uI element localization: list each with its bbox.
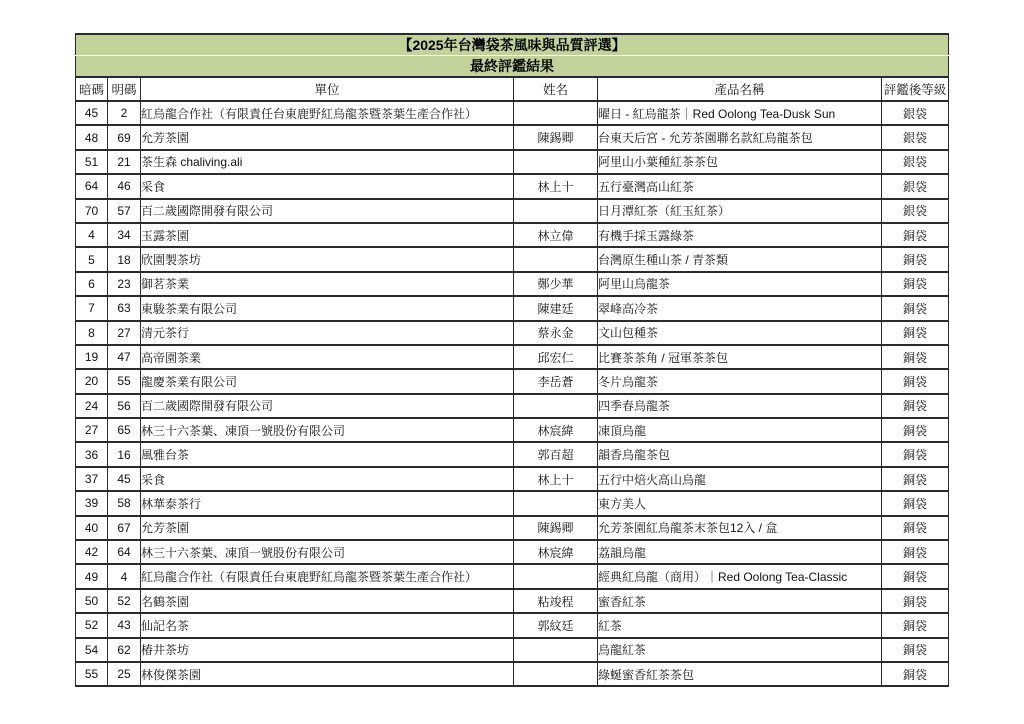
col-header-visible-code: 明碼 [108,77,141,101]
cell-grade: 銅袋 [882,662,949,686]
cell-visible-code: 34 [108,223,141,247]
cell-visible-code: 16 [108,442,141,466]
cell-hidden-code: 7 [76,296,108,320]
cell-grade: 銅袋 [882,613,949,637]
cell-grade: 銀袋 [882,199,949,223]
cell-name [514,199,598,223]
col-header-unit: 單位 [141,77,514,101]
cell-grade: 銀袋 [882,174,949,198]
cell-product: 日月潭紅茶（紅玉紅茶） [598,199,882,223]
cell-name: 陳建廷 [514,296,598,320]
cell-grade: 銅袋 [882,467,949,491]
cell-visible-code: 18 [108,247,141,271]
table-row: 5462椿井茶坊烏龍紅茶銅袋 [76,638,949,662]
cell-grade: 銀袋 [882,125,949,149]
cell-unit: 采食 [141,174,514,198]
cell-product: 蜜香紅茶 [598,589,882,613]
cell-visible-code: 46 [108,174,141,198]
cell-unit: 林三十六茶葉、凍頂一號股份有限公司 [141,418,514,442]
cell-grade: 銀袋 [882,101,949,125]
cell-visible-code: 43 [108,613,141,637]
cell-visible-code: 21 [108,150,141,174]
cell-product: 文山包種茶 [598,321,882,345]
table-body: 452紅烏龍合作社（有限責任台東鹿野紅烏龍茶暨茶葉生產合作社）曜日 - 紅烏龍茶… [76,101,949,686]
cell-visible-code: 52 [108,589,141,613]
cell-grade: 銅袋 [882,491,949,515]
cell-grade: 銅袋 [882,516,949,540]
cell-grade: 銅袋 [882,394,949,418]
col-header-name: 姓名 [514,77,598,101]
table-row: 6446采食林上十五行臺灣高山紅茶銀袋 [76,174,949,198]
table-row: 3616風雅台茶郭百超韻香烏龍茶包銅袋 [76,442,949,466]
cell-grade: 銅袋 [882,345,949,369]
table-row: 827清元茶行蔡永金文山包種茶銅袋 [76,321,949,345]
table-row: 518欣園製茶坊台灣原生種山茶 / 青茶類銅袋 [76,247,949,271]
cell-product: 綠蜒蜜香紅茶茶包 [598,662,882,686]
cell-unit: 玉露茶園 [141,223,514,247]
cell-grade: 銀袋 [882,150,949,174]
cell-hidden-code: 50 [76,589,108,613]
cell-grade: 銅袋 [882,247,949,271]
cell-unit: 采食 [141,467,514,491]
table-row: 4067允芳茶園陳錫卿允芳茶園紅烏龍茶末茶包12入 / 盒銅袋 [76,516,949,540]
cell-product: 阿里山小葉種紅茶茶包 [598,150,882,174]
cell-name [514,662,598,686]
cell-name: 林上十 [514,467,598,491]
cell-product: 台東天后宮 - 允芳茶園聯名款紅烏龍茶包 [598,125,882,149]
table-row: 4264林三十六茶葉、凍頂一號股份有限公司林宸緯荔韻烏龍銅袋 [76,540,949,564]
cell-unit: 百二歲國際開發有限公司 [141,199,514,223]
table-row: 452紅烏龍合作社（有限責任台東鹿野紅烏龍茶暨茶葉生產合作社）曜日 - 紅烏龍茶… [76,101,949,125]
col-header-hidden-code: 暗碼 [76,77,108,101]
cell-unit: 龍慶茶業有限公司 [141,369,514,393]
table-row: 3958林華泰茶行東方美人銅袋 [76,491,949,515]
cell-grade: 銅袋 [882,369,949,393]
table-head: 【2025年台灣袋茶風味與品質評選】 最終評鑑結果 暗碼 明碼 單位 姓名 產品… [76,34,949,101]
cell-hidden-code: 70 [76,199,108,223]
cell-grade: 銅袋 [882,418,949,442]
cell-visible-code: 57 [108,199,141,223]
cell-product: 翠峰高冷茶 [598,296,882,320]
cell-unit: 紅烏龍合作社（有限責任台東鹿野紅烏龍茶暨茶葉生產合作社） [141,564,514,588]
cell-name: 林宸緯 [514,540,598,564]
cell-product: 台灣原生種山茶 / 青茶類 [598,247,882,271]
title-row: 【2025年台灣袋茶風味與品質評選】 [76,34,949,56]
table-row: 3745采食林上十五行中焙火高山烏龍銅袋 [76,467,949,491]
cell-visible-code: 47 [108,345,141,369]
table-row: 5121茶生森 chaliving.ali阿里山小葉種紅茶茶包銀袋 [76,150,949,174]
col-header-product: 產品名稱 [598,77,882,101]
table-row: 2055龍慶茶業有限公司李岳蒼冬片烏龍茶銅袋 [76,369,949,393]
cell-visible-code: 23 [108,272,141,296]
cell-product: 有機手採玉露綠茶 [598,223,882,247]
cell-name: 陳錫卿 [514,516,598,540]
table-row: 5052名鶴茶園粘竣程蜜香紅茶銅袋 [76,589,949,613]
cell-hidden-code: 8 [76,321,108,345]
cell-visible-code: 55 [108,369,141,393]
cell-visible-code: 64 [108,540,141,564]
cell-name [514,491,598,515]
cell-hidden-code: 39 [76,491,108,515]
cell-name: 林立偉 [514,223,598,247]
table-row: 4869允芳茶園陳錫卿台東天后宮 - 允芳茶園聯名款紅烏龍茶包銀袋 [76,125,949,149]
cell-product: 凍頂烏龍 [598,418,882,442]
table-row: 1947高帝園茶業邱宏仁比賽茶茶角 / 冠軍茶茶包銅袋 [76,345,949,369]
cell-grade: 銅袋 [882,564,949,588]
cell-product: 荔韻烏龍 [598,540,882,564]
cell-name: 蔡永金 [514,321,598,345]
cell-name [514,394,598,418]
cell-visible-code: 2 [108,101,141,125]
cell-name: 林宸緯 [514,418,598,442]
table-row: 2456百二歲國際開發有限公司四季春烏龍茶銅袋 [76,394,949,418]
cell-hidden-code: 48 [76,125,108,149]
cell-product: 允芳茶園紅烏龍茶末茶包12入 / 盒 [598,516,882,540]
cell-unit: 紅烏龍合作社（有限責任台東鹿野紅烏龍茶暨茶葉生產合作社） [141,101,514,125]
cell-product: 冬片烏龍茶 [598,369,882,393]
cell-visible-code: 63 [108,296,141,320]
cell-grade: 銅袋 [882,296,949,320]
cell-unit: 仙記名茶 [141,613,514,637]
cell-unit: 林華泰茶行 [141,491,514,515]
subtitle-row: 最終評鑑結果 [76,56,949,78]
cell-unit: 百二歲國際開發有限公司 [141,394,514,418]
cell-unit: 林三十六茶葉、凍頂一號股份有限公司 [141,540,514,564]
cell-hidden-code: 42 [76,540,108,564]
cell-unit: 茶生森 chaliving.ali [141,150,514,174]
cell-visible-code: 62 [108,638,141,662]
table-row: 7057百二歲國際開發有限公司日月潭紅茶（紅玉紅茶）銀袋 [76,199,949,223]
cell-name: 郭紋廷 [514,613,598,637]
column-header-row: 暗碼 明碼 單位 姓名 產品名稱 評鑑後等級 [76,77,949,101]
cell-product: 烏龍紅茶 [598,638,882,662]
cell-name: 粘竣程 [514,589,598,613]
cell-hidden-code: 40 [76,516,108,540]
table-row: 5243仙記名茶郭紋廷紅茶銅袋 [76,613,949,637]
cell-name [514,638,598,662]
cell-name [514,101,598,125]
cell-grade: 銅袋 [882,638,949,662]
cell-name: 鄭少華 [514,272,598,296]
cell-product: 五行臺灣高山紅茶 [598,174,882,198]
cell-unit: 欣園製茶坊 [141,247,514,271]
table-row: 763東駿茶業有限公司陳建廷翠峰高冷茶銅袋 [76,296,949,320]
page-title: 【2025年台灣袋茶風味與品質評選】 [76,34,949,56]
cell-visible-code: 67 [108,516,141,540]
cell-product: 經典紅烏龍（商用）｜Red Oolong Tea-Classic [598,564,882,588]
table-row: 623御茗茶業鄭少華阿里山烏龍茶銅袋 [76,272,949,296]
cell-visible-code: 69 [108,125,141,149]
cell-name: 李岳蒼 [514,369,598,393]
cell-product: 曜日 - 紅烏龍茶｜Red Oolong Tea-Dusk Sun [598,101,882,125]
cell-grade: 銅袋 [882,321,949,345]
document-page: 【2025年台灣袋茶風味與品質評選】 最終評鑑結果 暗碼 明碼 單位 姓名 產品… [0,0,1024,724]
cell-unit: 風雅台茶 [141,442,514,466]
cell-name [514,564,598,588]
cell-visible-code: 45 [108,467,141,491]
cell-unit: 高帝園茶業 [141,345,514,369]
col-header-grade: 評鑑後等級 [882,77,949,101]
cell-product: 紅茶 [598,613,882,637]
cell-product: 四季春烏龍茶 [598,394,882,418]
cell-name [514,150,598,174]
cell-product: 阿里山烏龍茶 [598,272,882,296]
cell-hidden-code: 49 [76,564,108,588]
cell-hidden-code: 27 [76,418,108,442]
cell-product: 比賽茶茶角 / 冠軍茶茶包 [598,345,882,369]
cell-hidden-code: 52 [76,613,108,637]
cell-unit: 御茗茶業 [141,272,514,296]
cell-name: 陳錫卿 [514,125,598,149]
page-subtitle: 最終評鑑結果 [76,56,949,78]
cell-hidden-code: 6 [76,272,108,296]
cell-name: 林上十 [514,174,598,198]
cell-product: 韻香烏龍茶包 [598,442,882,466]
cell-product: 東方美人 [598,491,882,515]
cell-visible-code: 58 [108,491,141,515]
cell-grade: 銅袋 [882,223,949,247]
cell-unit: 允芳茶園 [141,516,514,540]
cell-unit: 允芳茶園 [141,125,514,149]
cell-visible-code: 56 [108,394,141,418]
cell-hidden-code: 20 [76,369,108,393]
cell-hidden-code: 37 [76,467,108,491]
cell-visible-code: 25 [108,662,141,686]
cell-hidden-code: 64 [76,174,108,198]
cell-visible-code: 4 [108,564,141,588]
cell-name: 邱宏仁 [514,345,598,369]
cell-hidden-code: 24 [76,394,108,418]
cell-unit: 林俊傑茶園 [141,662,514,686]
cell-hidden-code: 4 [76,223,108,247]
table-row: 5525林俊傑茶園綠蜒蜜香紅茶茶包銅袋 [76,662,949,686]
cell-hidden-code: 36 [76,442,108,466]
cell-hidden-code: 5 [76,247,108,271]
cell-grade: 銅袋 [882,442,949,466]
cell-grade: 銅袋 [882,589,949,613]
cell-name [514,247,598,271]
cell-hidden-code: 45 [76,101,108,125]
cell-visible-code: 27 [108,321,141,345]
cell-unit: 清元茶行 [141,321,514,345]
cell-hidden-code: 55 [76,662,108,686]
cell-hidden-code: 54 [76,638,108,662]
cell-name: 郭百超 [514,442,598,466]
cell-visible-code: 65 [108,418,141,442]
table-row: 494紅烏龍合作社（有限責任台東鹿野紅烏龍茶暨茶葉生產合作社）經典紅烏龍（商用）… [76,564,949,588]
results-table: 【2025年台灣袋茶風味與品質評選】 最終評鑑結果 暗碼 明碼 單位 姓名 產品… [75,33,949,687]
cell-grade: 銅袋 [882,540,949,564]
cell-grade: 銅袋 [882,272,949,296]
cell-unit: 東駿茶業有限公司 [141,296,514,320]
cell-unit: 名鶴茶園 [141,589,514,613]
cell-hidden-code: 19 [76,345,108,369]
cell-unit: 椿井茶坊 [141,638,514,662]
table-row: 2765林三十六茶葉、凍頂一號股份有限公司林宸緯凍頂烏龍銅袋 [76,418,949,442]
cell-hidden-code: 51 [76,150,108,174]
table-row: 434玉露茶園林立偉有機手採玉露綠茶銅袋 [76,223,949,247]
cell-product: 五行中焙火高山烏龍 [598,467,882,491]
